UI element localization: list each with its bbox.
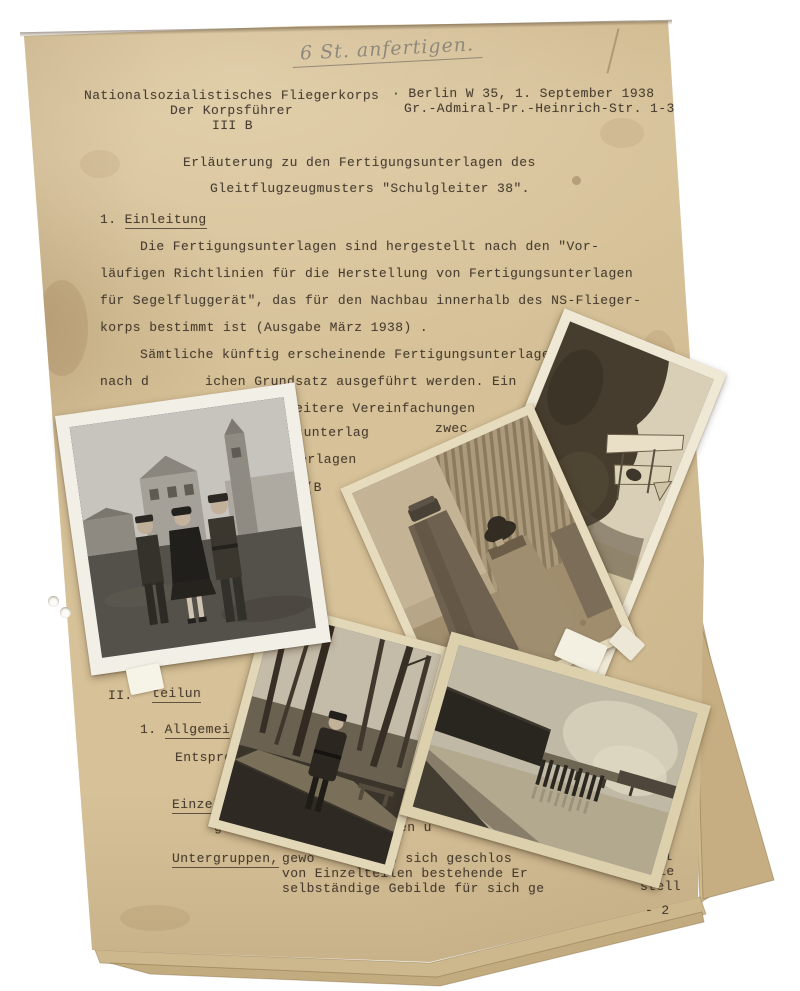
typed-text: selbständige Gebilde für sich ge: [282, 881, 544, 896]
typed-text-underlined: Allgemei: [165, 722, 231, 739]
typed-text: - 2: [645, 903, 670, 918]
typed-line: 1. Einleitung: [100, 212, 207, 227]
typed-line: Gleitflugzeugmusters "Schulgleiter 38".: [210, 181, 530, 196]
typed-text: Erläuterung zu den Fertigungsunterlagen …: [183, 155, 536, 170]
typed-text: 1.: [100, 212, 125, 227]
typed-line: Sämtliche künftig erscheinende Fertigung…: [140, 347, 550, 362]
typed-text: Sämtliche künftig erscheinende Fertigung…: [140, 347, 550, 362]
typed-line: · Berlin W 35, 1. September 1938: [392, 86, 654, 101]
typed-line: selbständige Gebilde für sich ge: [282, 881, 544, 896]
typed-text-underlined: Untergruppen,: [172, 851, 279, 868]
typed-text: läufigen Richtlinien für die Herstellung…: [100, 266, 633, 281]
typed-line: Untergruppen,: [172, 851, 279, 866]
typed-text: · Berlin W 35, 1. September 1938: [392, 86, 654, 101]
typed-text-underlined: Einleitung: [125, 212, 207, 229]
typed-line: Gr.-Admiral-Pr.-Heinrich-Str. 1-3: [404, 101, 675, 116]
typed-text: für Segelfluggerät", das für den Nachbau…: [100, 293, 641, 308]
typed-line: läufigen Richtlinien für die Herstellung…: [100, 266, 633, 281]
typed-text: Der Korpsführer: [170, 103, 293, 118]
typed-text: Die Fertigungsunterlagen sind hergestell…: [140, 239, 599, 254]
typed-text: ichen Grundsatz ausgeführt werden. Ein: [205, 374, 517, 389]
typed-text: nach d: [100, 374, 149, 389]
photo-group-image: [70, 397, 316, 658]
typed-text: Gr.-Admiral-Pr.-Heinrich-Str. 1-3: [404, 101, 675, 116]
typed-text: Nationalsozialistisches Fliegerkorps: [84, 88, 379, 103]
typed-line: Die Fertigungsunterlagen sind hergestell…: [140, 239, 599, 254]
typed-text: korps bestimmt ist (Ausgabe März 1938) .: [100, 320, 428, 335]
typed-line: für Segelfluggerät", das für den Nachbau…: [100, 293, 641, 308]
typed-text: III B: [212, 118, 253, 133]
typed-line: - 2: [645, 903, 670, 918]
photo-group: [55, 382, 331, 675]
typed-line: korps bestimmt ist (Ausgabe März 1938) .: [100, 320, 428, 335]
typed-line: Nationalsozialistisches Fliegerkorps: [84, 88, 379, 103]
typed-line: Der Korpsführer: [170, 103, 293, 118]
typed-text: 1.: [140, 722, 165, 737]
typed-line: 1. Allgemei: [140, 722, 230, 737]
typed-text: von Einzelteilen bestehende Er: [282, 866, 528, 881]
typed-text: Gleitflugzeugmusters "Schulgleiter 38".: [210, 181, 530, 196]
typed-line: von Einzelteilen bestehende Er: [282, 866, 528, 881]
typed-line: nach d: [100, 374, 149, 389]
document-photograph: 6 St. anfertigen. Nationalsozialistische…: [0, 0, 800, 991]
group-portrait-scene: [70, 397, 316, 658]
typed-line: ichen Grundsatz ausgeführt werden. Ein: [205, 374, 517, 389]
typed-line: III B: [212, 118, 253, 133]
typed-line: Erläuterung zu den Fertigungsunterlagen …: [183, 155, 536, 170]
